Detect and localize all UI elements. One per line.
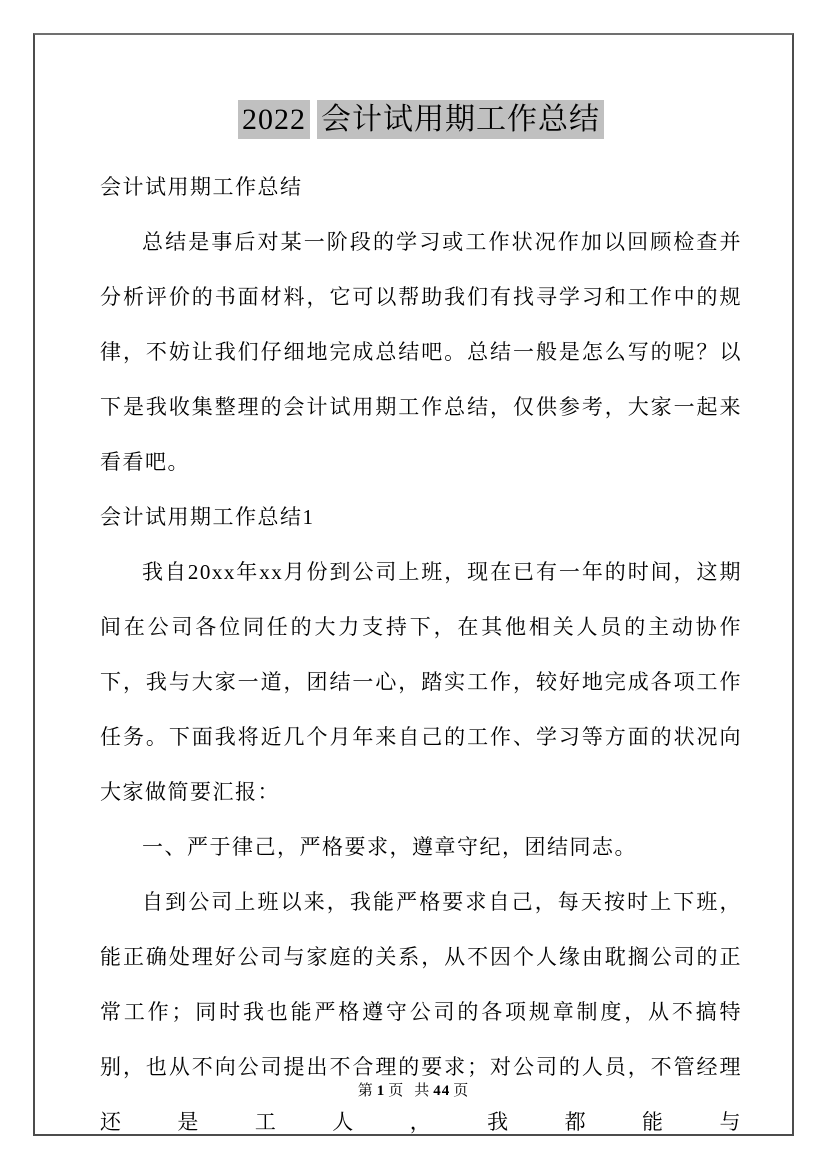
total-label-prefix: 共 bbox=[414, 1083, 430, 1099]
page-label-prefix: 第 bbox=[358, 1083, 374, 1099]
document-body: 会计试用期工作总结 总结是事后对某一阶段的学习或工作状况作加以回顾检查并分析评价… bbox=[100, 160, 742, 1150]
paragraph-opening: 我自20xx年xx月份到公司上班，现在已有一年的时间，这期间在公司各位同任的大力… bbox=[100, 545, 742, 820]
total-pages: 44 bbox=[433, 1083, 450, 1099]
total-label-suffix: 页 bbox=[453, 1083, 469, 1099]
subpoint-heading: 一、严于律己，严格要求，遵章守纪，团结同志。 bbox=[100, 820, 742, 875]
page-footer: 第1页共44页 bbox=[35, 1079, 792, 1100]
page-number: 1 bbox=[377, 1083, 386, 1099]
page-label-suffix: 页 bbox=[388, 1083, 404, 1099]
page-content: 2022会计试用期工作总结 会计试用期工作总结 总结是事后对某一阶段的学习或工作… bbox=[35, 35, 792, 1150]
title-year-highlight: 2022 bbox=[238, 100, 310, 139]
document-title: 2022会计试用期工作总结 bbox=[100, 100, 742, 140]
document-canvas: 2022会计试用期工作总结 会计试用期工作总结 总结是事后对某一阶段的学习或工作… bbox=[0, 0, 827, 1170]
section-heading: 会计试用期工作总结1 bbox=[100, 490, 742, 545]
subtitle: 会计试用期工作总结 bbox=[100, 160, 742, 215]
title-text-highlight: 会计试用期工作总结 bbox=[317, 100, 604, 139]
paragraph-body: 自到公司上班以来，我能严格要求自己，每天按时上下班，能正确处理好公司与家庭的关系… bbox=[100, 875, 742, 1150]
document-page: 2022会计试用期工作总结 会计试用期工作总结 总结是事后对某一阶段的学习或工作… bbox=[33, 33, 794, 1136]
paragraph-intro: 总结是事后对某一阶段的学习或工作状况作加以回顾检查并分析评价的书面材料，它可以帮… bbox=[100, 215, 742, 490]
